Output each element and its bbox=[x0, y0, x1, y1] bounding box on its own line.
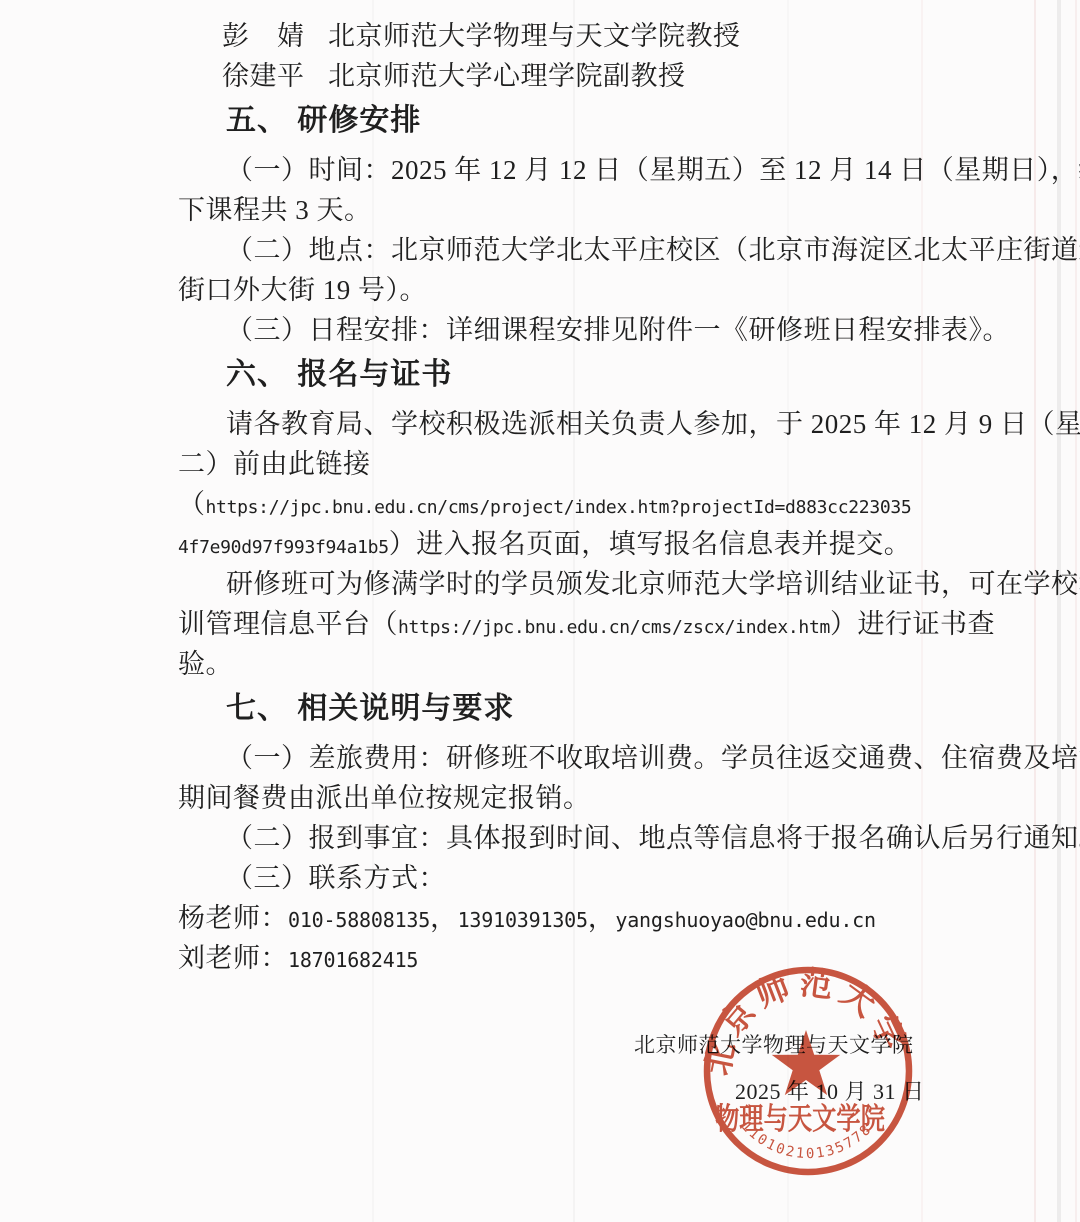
text-segment: 杨老师： bbox=[178, 903, 288, 933]
text-segment: 下课程共 3 天。 bbox=[178, 195, 372, 225]
text-segment: 七、 相关说明与要求 bbox=[226, 692, 514, 725]
text-segment: ）进行证书查 bbox=[830, 609, 995, 639]
paragraph-line: （三）日程安排：详细课程安排见附件一《研修班日程安排表》。 bbox=[178, 310, 908, 350]
paragraph-line: （二）报到事宜：具体报到时间、地点等信息将于报名确认后另行通知。 bbox=[178, 818, 908, 858]
paragraph-line: 街口外大街 19 号）。 bbox=[178, 270, 908, 310]
member-name: 徐建平 bbox=[222, 56, 328, 96]
text-segment: 研修班可为修满学时的学员颁发北京师范大学培训结业证书，可在学校培 bbox=[226, 569, 1080, 599]
text-segment: （一）时间：2025 年 12 月 12 日（星期五）至 12 月 14 日（星… bbox=[226, 155, 1080, 185]
text-segment: 二）前由此链接 bbox=[178, 449, 371, 479]
text-segment: ）进入报名页面，填写报名信息表并提交。 bbox=[389, 529, 912, 559]
text-segment: ， bbox=[430, 903, 458, 933]
text-segment: 13910391305 bbox=[458, 908, 588, 932]
official-seal: 北京师范大学 物理与天文学院 11010210135778 bbox=[698, 961, 918, 1181]
text-segment: （二）地点：北京师范大学北太平庄校区（北京市海淀区北太平庄街道新 bbox=[226, 235, 1080, 265]
text-segment: 请各教育局、学校积极选派相关负责人参加，于 2025 年 12 月 9 日（星期 bbox=[226, 409, 1080, 439]
section-heading: 七、 相关说明与要求 bbox=[178, 686, 908, 732]
text-segment: 六、 报名与证书 bbox=[226, 358, 452, 391]
text-segment: 刘老师： bbox=[178, 943, 288, 973]
paragraph-line: 二）前由此链接 bbox=[178, 444, 908, 484]
paragraph-line: 验。 bbox=[178, 644, 908, 684]
text-segment: （二）报到事宜：具体报到时间、地点等信息将于报名确认后另行通知。 bbox=[226, 823, 1080, 853]
text-segment: yangshuoyao@bnu.edu.cn bbox=[615, 908, 876, 932]
committee-member-row: 彭 婧北京师范大学物理与天文学院教授 bbox=[178, 16, 908, 56]
text-segment: 北京师范大学心理学院副教授 bbox=[328, 61, 686, 91]
text-segment: （一）差旅费用：研修班不收取培训费。学员往返交通费、住宿费及培训 bbox=[226, 743, 1080, 773]
text-segment: 18701682415 bbox=[288, 948, 418, 972]
text-segment: 街口外大街 19 号）。 bbox=[178, 275, 427, 305]
text-segment: 010-58808135 bbox=[288, 908, 430, 932]
member-name: 彭 婧 bbox=[222, 16, 328, 56]
paragraph-line: 杨老师：010-58808135，13910391305，yangshuoyao… bbox=[178, 898, 908, 938]
section-heading: 六、 报名与证书 bbox=[178, 352, 908, 398]
text-segment: （ bbox=[178, 489, 206, 519]
text-segment: https://jpc.bnu.edu.cn/cms/zscx/index.ht… bbox=[398, 617, 830, 638]
star-icon bbox=[772, 1030, 840, 1095]
text-segment: 期间餐费由派出单位按规定报销。 bbox=[178, 783, 591, 813]
text-segment: （三）日程安排：详细课程安排见附件一《研修班日程安排表》。 bbox=[226, 315, 1010, 345]
text-segment: （三）联系方式： bbox=[226, 863, 446, 893]
paragraph-line: （https://jpc.bnu.edu.cn/cms/project/inde… bbox=[178, 484, 908, 524]
paragraph-line: 研修班可为修满学时的学员颁发北京师范大学培训结业证书，可在学校培 bbox=[178, 564, 908, 604]
text-segment: 训管理信息平台（ bbox=[178, 609, 398, 639]
text-segment: 北京师范大学物理与天文学院教授 bbox=[328, 21, 741, 51]
text-segment: https://jpc.bnu.edu.cn/cms/project/index… bbox=[206, 497, 912, 518]
paragraph-line: （二）地点：北京师范大学北太平庄校区（北京市海淀区北太平庄街道新 bbox=[178, 230, 908, 270]
paragraph-line: （一）时间：2025 年 12 月 12 日（星期五）至 12 月 14 日（星… bbox=[178, 150, 908, 190]
paragraph-line: 期间餐费由派出单位按规定报销。 bbox=[178, 778, 908, 818]
text-segment: ， bbox=[588, 903, 616, 933]
section-heading: 五、 研修安排 bbox=[178, 98, 908, 144]
scanned-document-page: { "colors": { "seal_red": "#c23a21", "te… bbox=[0, 0, 1080, 1222]
text-segment: 4f7e90d97f993f94a1b5 bbox=[178, 537, 389, 558]
paragraph-line: 下课程共 3 天。 bbox=[178, 190, 908, 230]
text-segment: 验。 bbox=[178, 649, 233, 679]
committee-member-row: 徐建平北京师范大学心理学院副教授 bbox=[178, 56, 908, 96]
paragraph-line: 训管理信息平台（https://jpc.bnu.edu.cn/cms/zscx/… bbox=[178, 604, 908, 644]
text-segment: 五、 研修安排 bbox=[226, 104, 421, 137]
paragraph-line: 请各教育局、学校积极选派相关负责人参加，于 2025 年 12 月 9 日（星期 bbox=[178, 404, 908, 444]
paragraph-line: 4f7e90d97f993f94a1b5）进入报名页面，填写报名信息表并提交。 bbox=[178, 524, 908, 564]
paragraph-line: （一）差旅费用：研修班不收取培训费。学员往返交通费、住宿费及培训 bbox=[178, 738, 908, 778]
paragraph-line: （三）联系方式： bbox=[178, 858, 908, 898]
document-body: 彭 婧北京师范大学物理与天文学院教授徐建平北京师范大学心理学院副教授五、 研修安… bbox=[178, 16, 908, 978]
